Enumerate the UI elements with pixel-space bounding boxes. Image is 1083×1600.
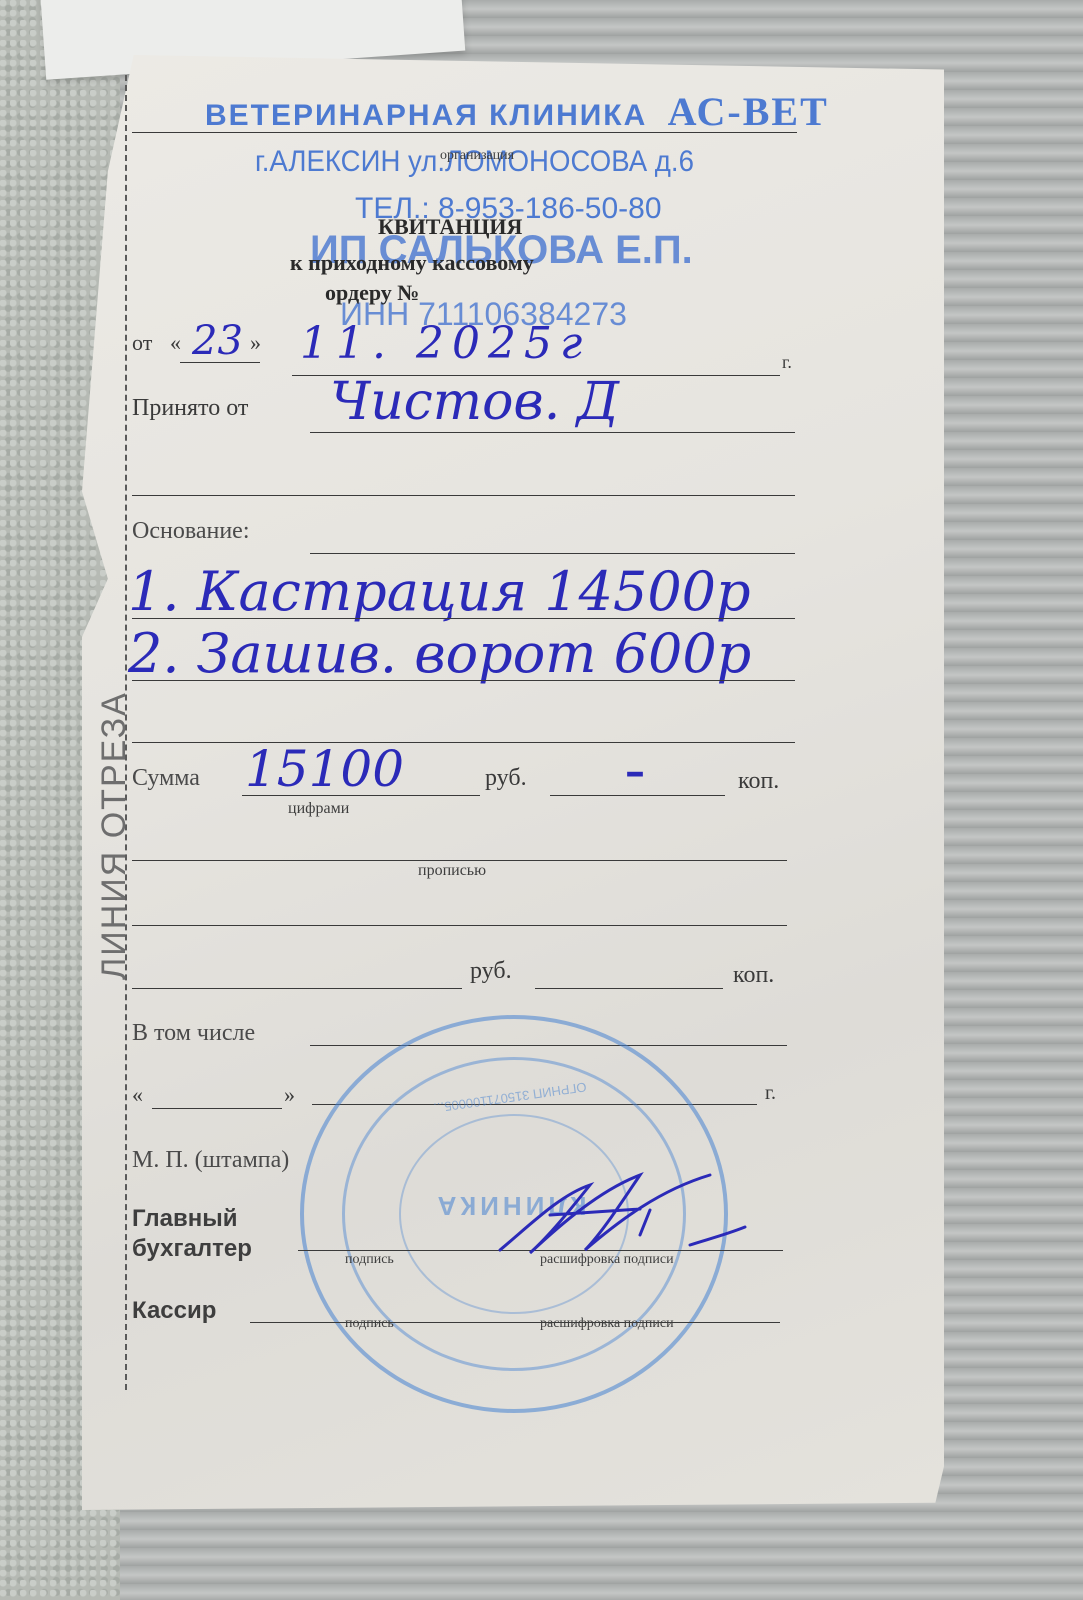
amount-words-kop-line: [535, 988, 723, 989]
basis-line-1: [132, 618, 795, 619]
received-from-line: [310, 432, 795, 433]
handwritten-signature: [490, 1165, 750, 1265]
seal-label: М. П. (штампа): [132, 1147, 289, 1174]
received-from-line-2: [132, 495, 795, 496]
basis-item-2[interactable]: 2. Зашив. ворот 600р: [128, 622, 751, 685]
basis-item-1[interactable]: 1. Кастрация 14500р: [128, 560, 751, 623]
basis-line-3: [132, 742, 795, 743]
footer-date-suffix: г.: [765, 1082, 776, 1105]
basis-line-2: [132, 680, 795, 681]
date-month-year-field[interactable]: 11. 2025г: [300, 318, 590, 369]
amount-words-rub-line: [132, 988, 462, 989]
amount-rub-label-2: руб.: [470, 958, 512, 985]
amount-kopecks-field[interactable]: –: [625, 748, 645, 795]
amount-rubles-line: [242, 795, 480, 796]
basis-label: Основание:: [132, 518, 250, 545]
footer-date-open-quote: «: [132, 1082, 143, 1108]
chief-signature-caption: подпись: [345, 1252, 394, 1268]
date-suffix: г.: [782, 352, 792, 373]
amount-words-line-1: [132, 860, 787, 861]
receipt-subtitle-2: ордеру №: [325, 280, 419, 306]
cashier-decoding-caption: расшифровка подписи: [540, 1316, 674, 1332]
chief-accountant-label-2: бухгалтер: [132, 1235, 252, 1263]
digits-caption: цифрами: [288, 800, 349, 818]
date-day-field[interactable]: 23: [192, 318, 243, 364]
stamp-clinic-brand: АС-ВЕТ: [668, 89, 829, 134]
date-open-quote: «: [170, 330, 181, 356]
received-from-field[interactable]: Чистов. Д: [330, 372, 619, 432]
amount-rubles-field[interactable]: 15100: [245, 740, 404, 798]
date-day-line: [180, 362, 260, 363]
amount-label: Сумма: [132, 765, 200, 792]
footer-date-day-line: [152, 1108, 282, 1109]
receipt-title: КВИТАНЦИЯ: [378, 214, 522, 240]
cashier-label: Кассир: [132, 1297, 216, 1325]
amount-words-line-2: [132, 925, 787, 926]
organization-caption: организация: [440, 148, 514, 164]
receipt-subtitle-1: к приходному кассовому: [290, 250, 534, 276]
amount-rub-label: руб.: [485, 765, 527, 792]
date-close-quote: »: [250, 330, 261, 356]
footer-date-close-quote: »: [284, 1082, 295, 1108]
amount-kopecks-line: [550, 795, 725, 796]
stamp-clinic-name: ВЕТЕРИНАРНАЯ КЛИНИКА АС-ВЕТ: [205, 88, 829, 135]
basis-line-0: [310, 553, 795, 554]
amount-kop-label-2: коп.: [733, 962, 774, 989]
received-from-label: Принято от: [132, 395, 248, 422]
chief-accountant-label-1: Главный: [132, 1205, 238, 1233]
words-caption: прописью: [418, 862, 486, 880]
cut-line-label: ЛИНИЯ ОТРЕЗА: [95, 691, 134, 980]
stamp-clinic-prefix: ВЕТЕРИНАРНАЯ КЛИНИКА: [205, 99, 647, 132]
cashier-line: [250, 1322, 780, 1323]
organization-line: [132, 132, 797, 133]
amount-kop-label: коп.: [738, 768, 779, 795]
including-label: В том числе: [132, 1020, 255, 1047]
date-label: от: [132, 330, 152, 356]
cashier-signature-caption: подпись: [345, 1316, 394, 1332]
